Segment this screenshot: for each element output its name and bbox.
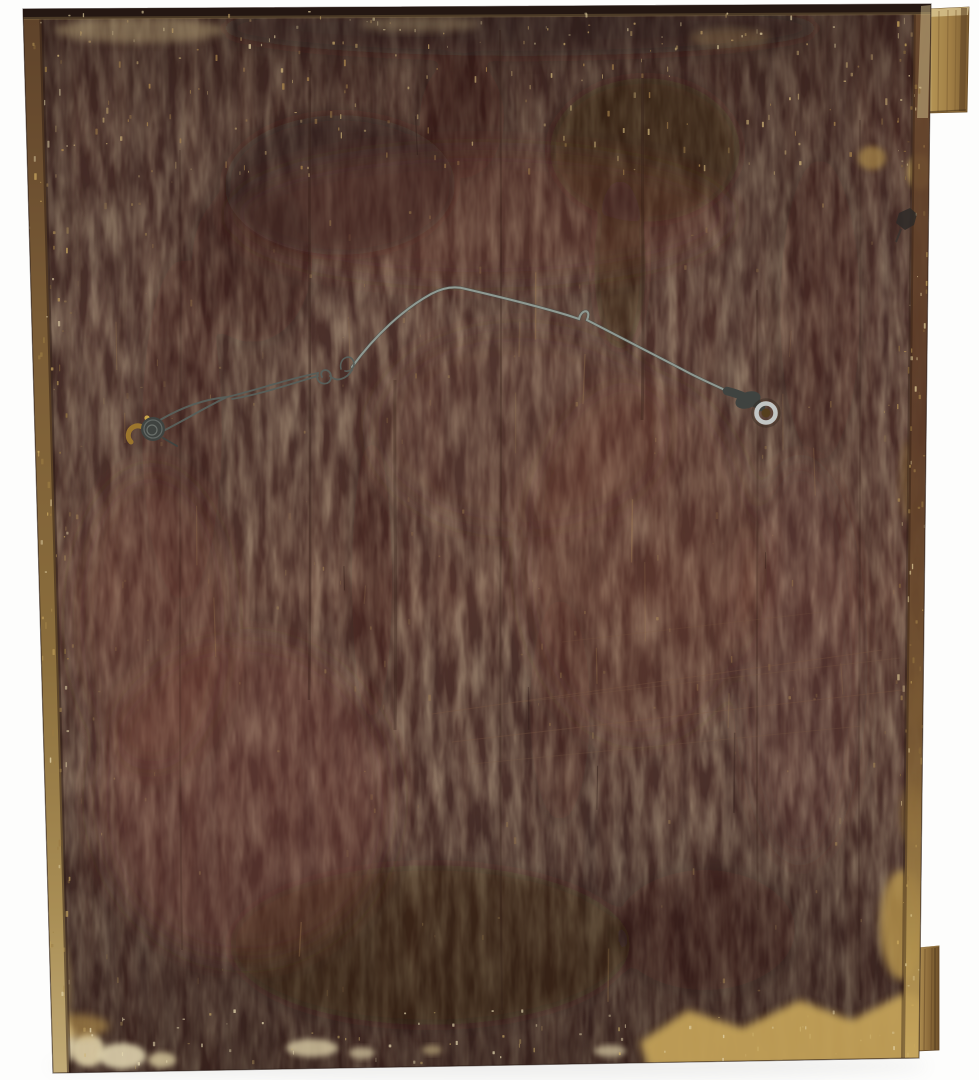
- artwork-photo: [0, 0, 979, 1080]
- photo-scene: [0, 0, 979, 1080]
- panel-back: [0, 0, 979, 1080]
- tenon-tab-top: [928, 7, 969, 113]
- screw-eye-center: [762, 409, 771, 418]
